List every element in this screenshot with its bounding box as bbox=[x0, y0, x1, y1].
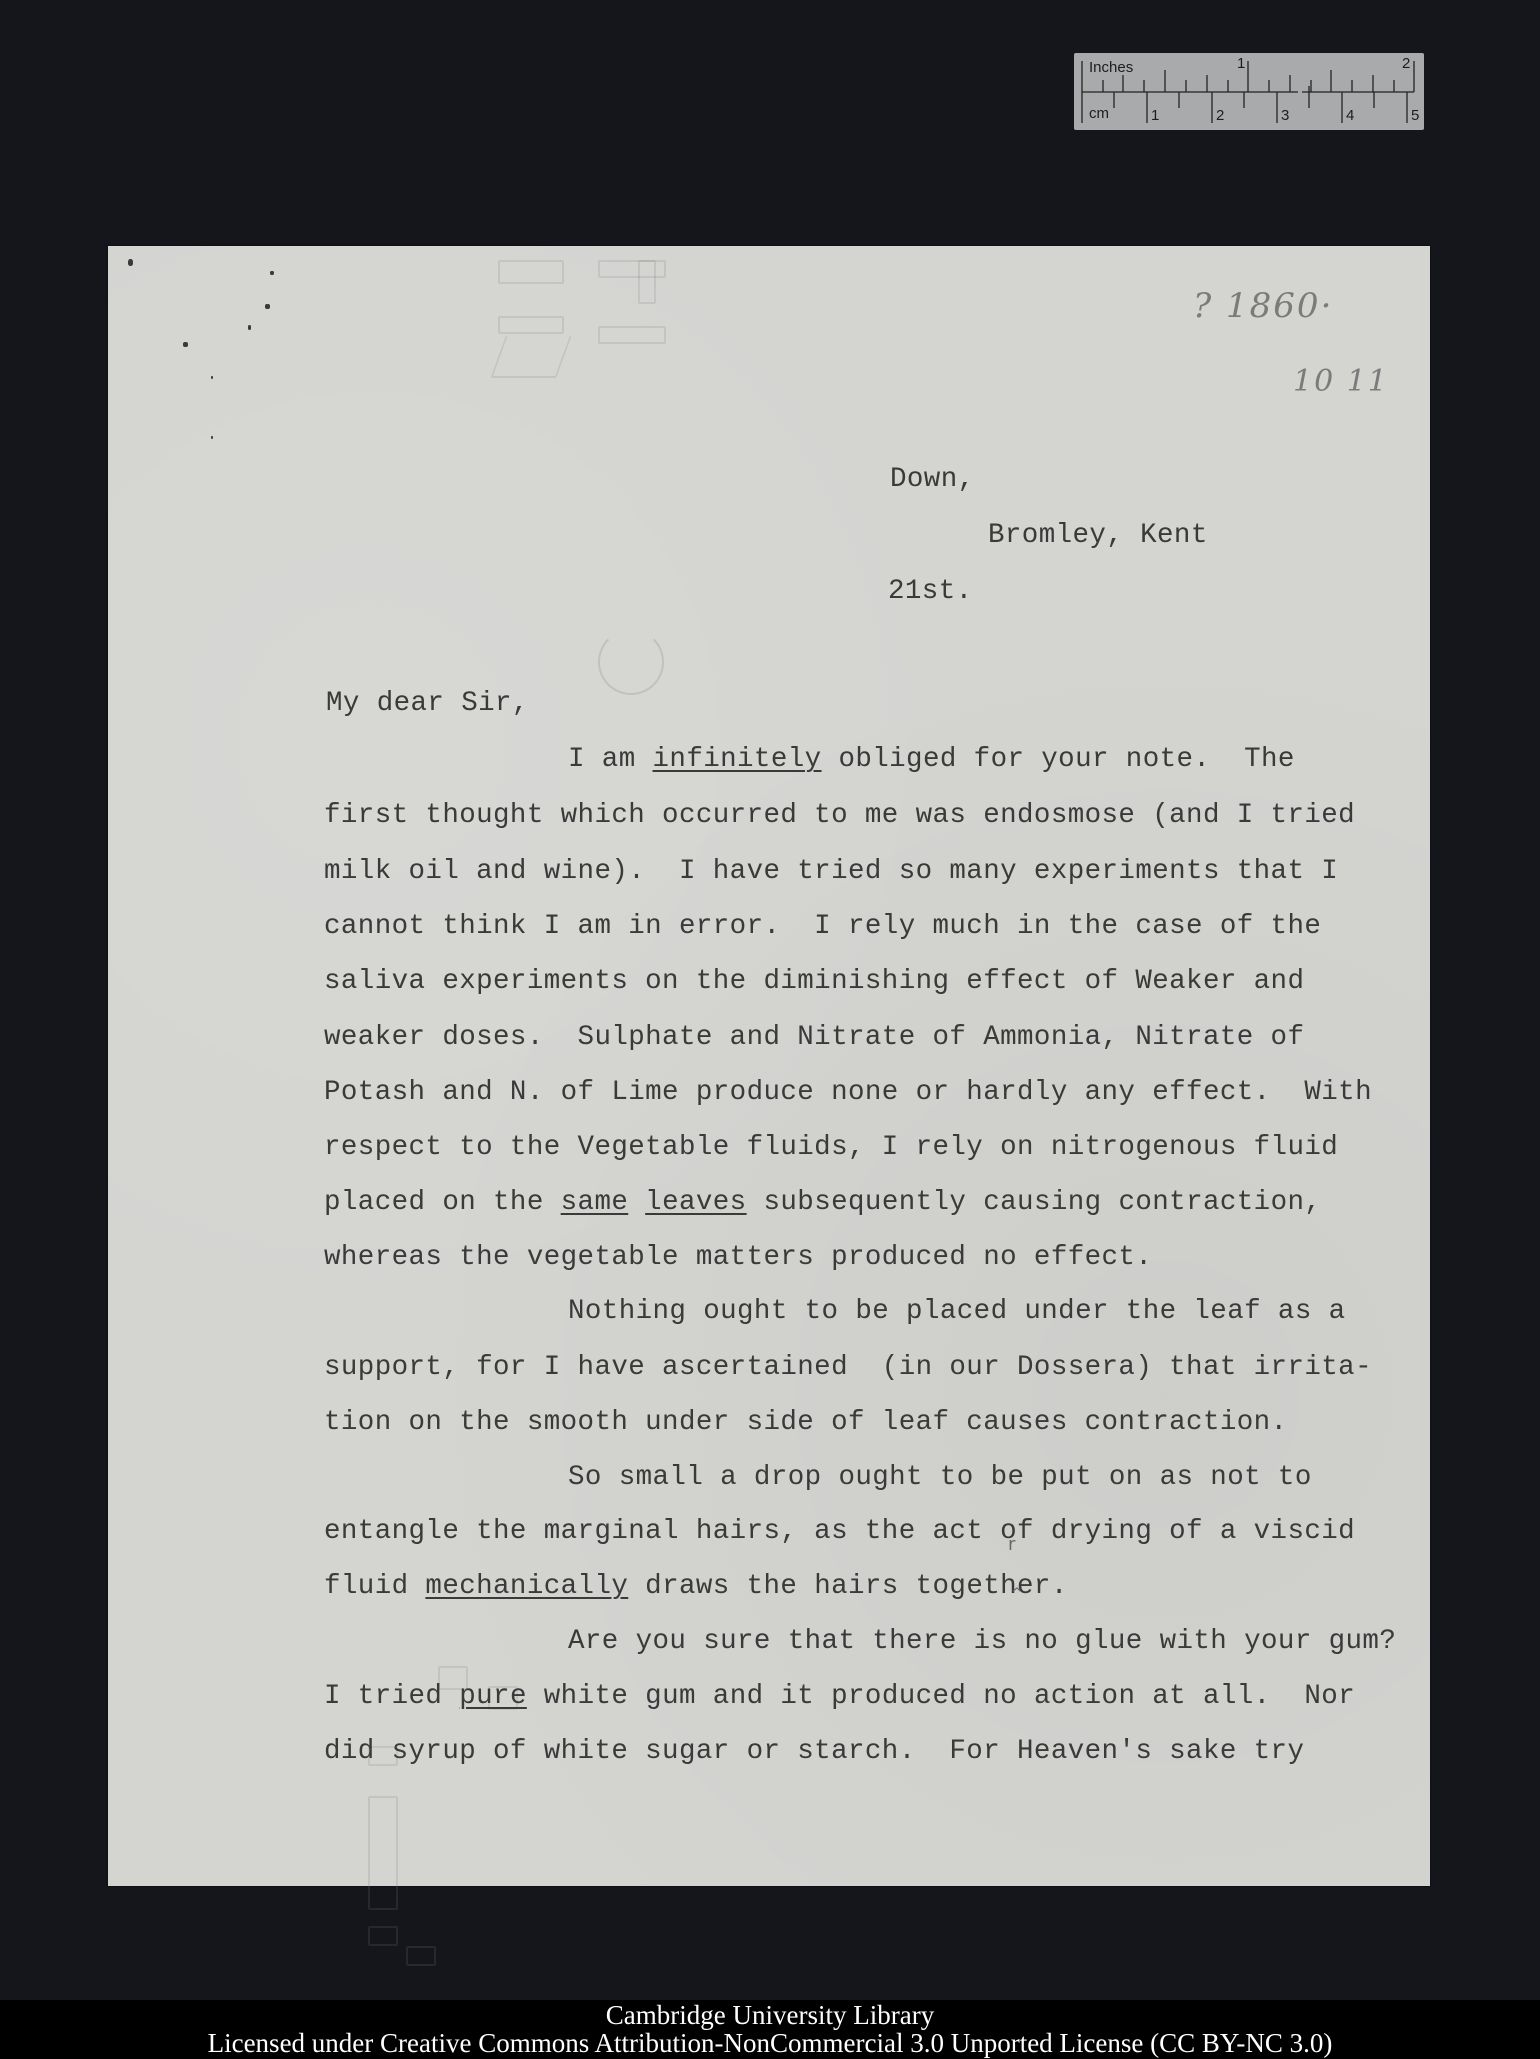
paper-speck bbox=[183, 342, 188, 347]
line-text: draws the hairs together. bbox=[628, 1571, 1067, 1602]
watermark-shape bbox=[368, 1796, 398, 1910]
paper-speck bbox=[265, 304, 270, 309]
license-text: Licensed under Creative Commons Attribut… bbox=[0, 2029, 1540, 2057]
paper-speck bbox=[128, 259, 133, 266]
paper-speck bbox=[211, 436, 213, 439]
watermark-shape bbox=[406, 1946, 436, 1966]
line-text: whereas the vegetable matters produced n… bbox=[324, 1242, 1152, 1273]
underlined-word: leaves bbox=[645, 1187, 746, 1218]
line-text: support, for I have ascertained (in our … bbox=[324, 1352, 1372, 1383]
line-text: milk oil and wine). I have tried so many… bbox=[324, 856, 1338, 887]
underlined-word: infinitely bbox=[653, 744, 822, 775]
watermark-shape bbox=[490, 336, 571, 378]
underlined-word: pure bbox=[459, 1681, 527, 1712]
ruler-cm-3: 3 bbox=[1281, 107, 1289, 124]
watermark-shape bbox=[598, 326, 666, 344]
pencil-ref-note: 10 11 bbox=[1293, 364, 1389, 399]
letter-line: placed on the same leaves subsequently c… bbox=[324, 1189, 1321, 1217]
letter-line: saliva experiments on the diminishing ef… bbox=[324, 968, 1304, 996]
ruler-cm-4: 4 bbox=[1346, 107, 1354, 124]
paper-speck bbox=[270, 271, 274, 275]
watermark-shape bbox=[498, 316, 564, 334]
letter-line: cannot think I am in error. I rely much … bbox=[324, 913, 1321, 941]
letter-date: 21st. bbox=[888, 578, 973, 606]
line-text: did syrup of white sugar or starch. For … bbox=[324, 1736, 1304, 1767]
line-text: I tried bbox=[324, 1681, 459, 1712]
line-text: I am bbox=[568, 744, 653, 775]
letter-line: Potash and N. of Lime produce none or ha… bbox=[324, 1079, 1372, 1107]
handwritten-correction: r bbox=[1008, 1534, 1015, 1555]
ruler-inch-1: 1 bbox=[1237, 55, 1245, 72]
letter-line: Are you sure that there is no glue with … bbox=[568, 1628, 1396, 1656]
line-text: entangle the marginal hairs, as the act … bbox=[324, 1516, 1355, 1547]
letter-line: first thought which occurred to me was e… bbox=[324, 802, 1355, 830]
line-text: obliged for your note. The bbox=[822, 744, 1295, 775]
letter-line: support, for I have ascertained (in our … bbox=[324, 1354, 1372, 1382]
line-text: Nothing ought to be placed under the lea… bbox=[568, 1296, 1346, 1327]
line-text: fluid bbox=[324, 1571, 425, 1602]
line-text: saliva experiments on the diminishing ef… bbox=[324, 966, 1304, 997]
paper-speck bbox=[211, 376, 213, 379]
ruler-cm-2: 2 bbox=[1216, 107, 1224, 124]
line-text: subsequently causing contraction, bbox=[747, 1187, 1322, 1218]
pencil-date-note: ? 1860· bbox=[1193, 286, 1333, 326]
scale-ruler: Inches 1 2 cm 1 2 3 4 5 bbox=[1074, 53, 1424, 130]
ruler-inch-2: 2 bbox=[1402, 55, 1410, 72]
letter-line: milk oil and wine). I have tried so many… bbox=[324, 858, 1338, 886]
letter-line: So small a drop ought to be put on as no… bbox=[568, 1464, 1312, 1492]
line-text bbox=[628, 1187, 645, 1218]
line-text: first thought which occurred to me was e… bbox=[324, 800, 1355, 831]
watermark-shape bbox=[638, 260, 656, 304]
letter-line: fluid mechanically draws the hairs toget… bbox=[324, 1573, 1068, 1601]
salutation: My dear Sir, bbox=[326, 690, 529, 718]
letter-line: I am infinitely obliged for your note. T… bbox=[568, 746, 1295, 774]
watermark-shape bbox=[498, 260, 564, 284]
underlined-word: mechanically bbox=[425, 1571, 628, 1602]
underlined-word: same bbox=[561, 1187, 629, 1218]
ruler-cm-label: cm bbox=[1089, 105, 1109, 122]
line-text: Potash and N. of Lime produce none or ha… bbox=[324, 1077, 1372, 1108]
line-text: tion on the smooth under side of leaf ca… bbox=[324, 1407, 1287, 1438]
letter-line: entangle the marginal hairs, as the act … bbox=[324, 1518, 1355, 1546]
letter-line: tion on the smooth under side of leaf ca… bbox=[324, 1409, 1287, 1437]
line-text: So small a drop ought to be put on as no… bbox=[568, 1462, 1312, 1493]
letter-line: I tried pure white gum and it produced n… bbox=[324, 1683, 1355, 1711]
line-text: placed on the bbox=[324, 1187, 561, 1218]
address-line-2: Bromley, Kent bbox=[988, 522, 1208, 550]
watermark-shape bbox=[368, 1926, 398, 1946]
ruler-inches-label: Inches bbox=[1089, 59, 1133, 76]
ruler-cm-5: 5 bbox=[1411, 107, 1419, 124]
watermark-shape bbox=[598, 629, 664, 695]
letter-line: did syrup of white sugar or starch. For … bbox=[324, 1738, 1304, 1766]
library-name: Cambridge University Library bbox=[0, 2000, 1540, 2029]
license-footer: Cambridge University Library Licensed un… bbox=[0, 2000, 1540, 2059]
letter-page: ? 1860· 10 11 Down, Bromley, Kent 21st. … bbox=[108, 246, 1430, 1886]
letter-line: respect to the Vegetable fluids, I rely … bbox=[324, 1134, 1338, 1162]
letter-line: whereas the vegetable matters produced n… bbox=[324, 1244, 1152, 1272]
paper-speck bbox=[248, 325, 251, 330]
line-text: Are you sure that there is no glue with … bbox=[568, 1626, 1396, 1657]
letter-line: Nothing ought to be placed under the lea… bbox=[568, 1298, 1346, 1326]
line-text: cannot think I am in error. I rely much … bbox=[324, 911, 1321, 942]
address-line-1: Down, bbox=[890, 466, 975, 494]
line-text: respect to the Vegetable fluids, I rely … bbox=[324, 1132, 1338, 1163]
line-text: weaker doses. Sulphate and Nitrate of Am… bbox=[324, 1022, 1304, 1053]
letter-line: weaker doses. Sulphate and Nitrate of Am… bbox=[324, 1024, 1304, 1052]
caret-mark-icon: ^ bbox=[1011, 1586, 1023, 1602]
line-text: white gum and it produced no action at a… bbox=[527, 1681, 1355, 1712]
ruler-cm-1: 1 bbox=[1151, 107, 1159, 124]
